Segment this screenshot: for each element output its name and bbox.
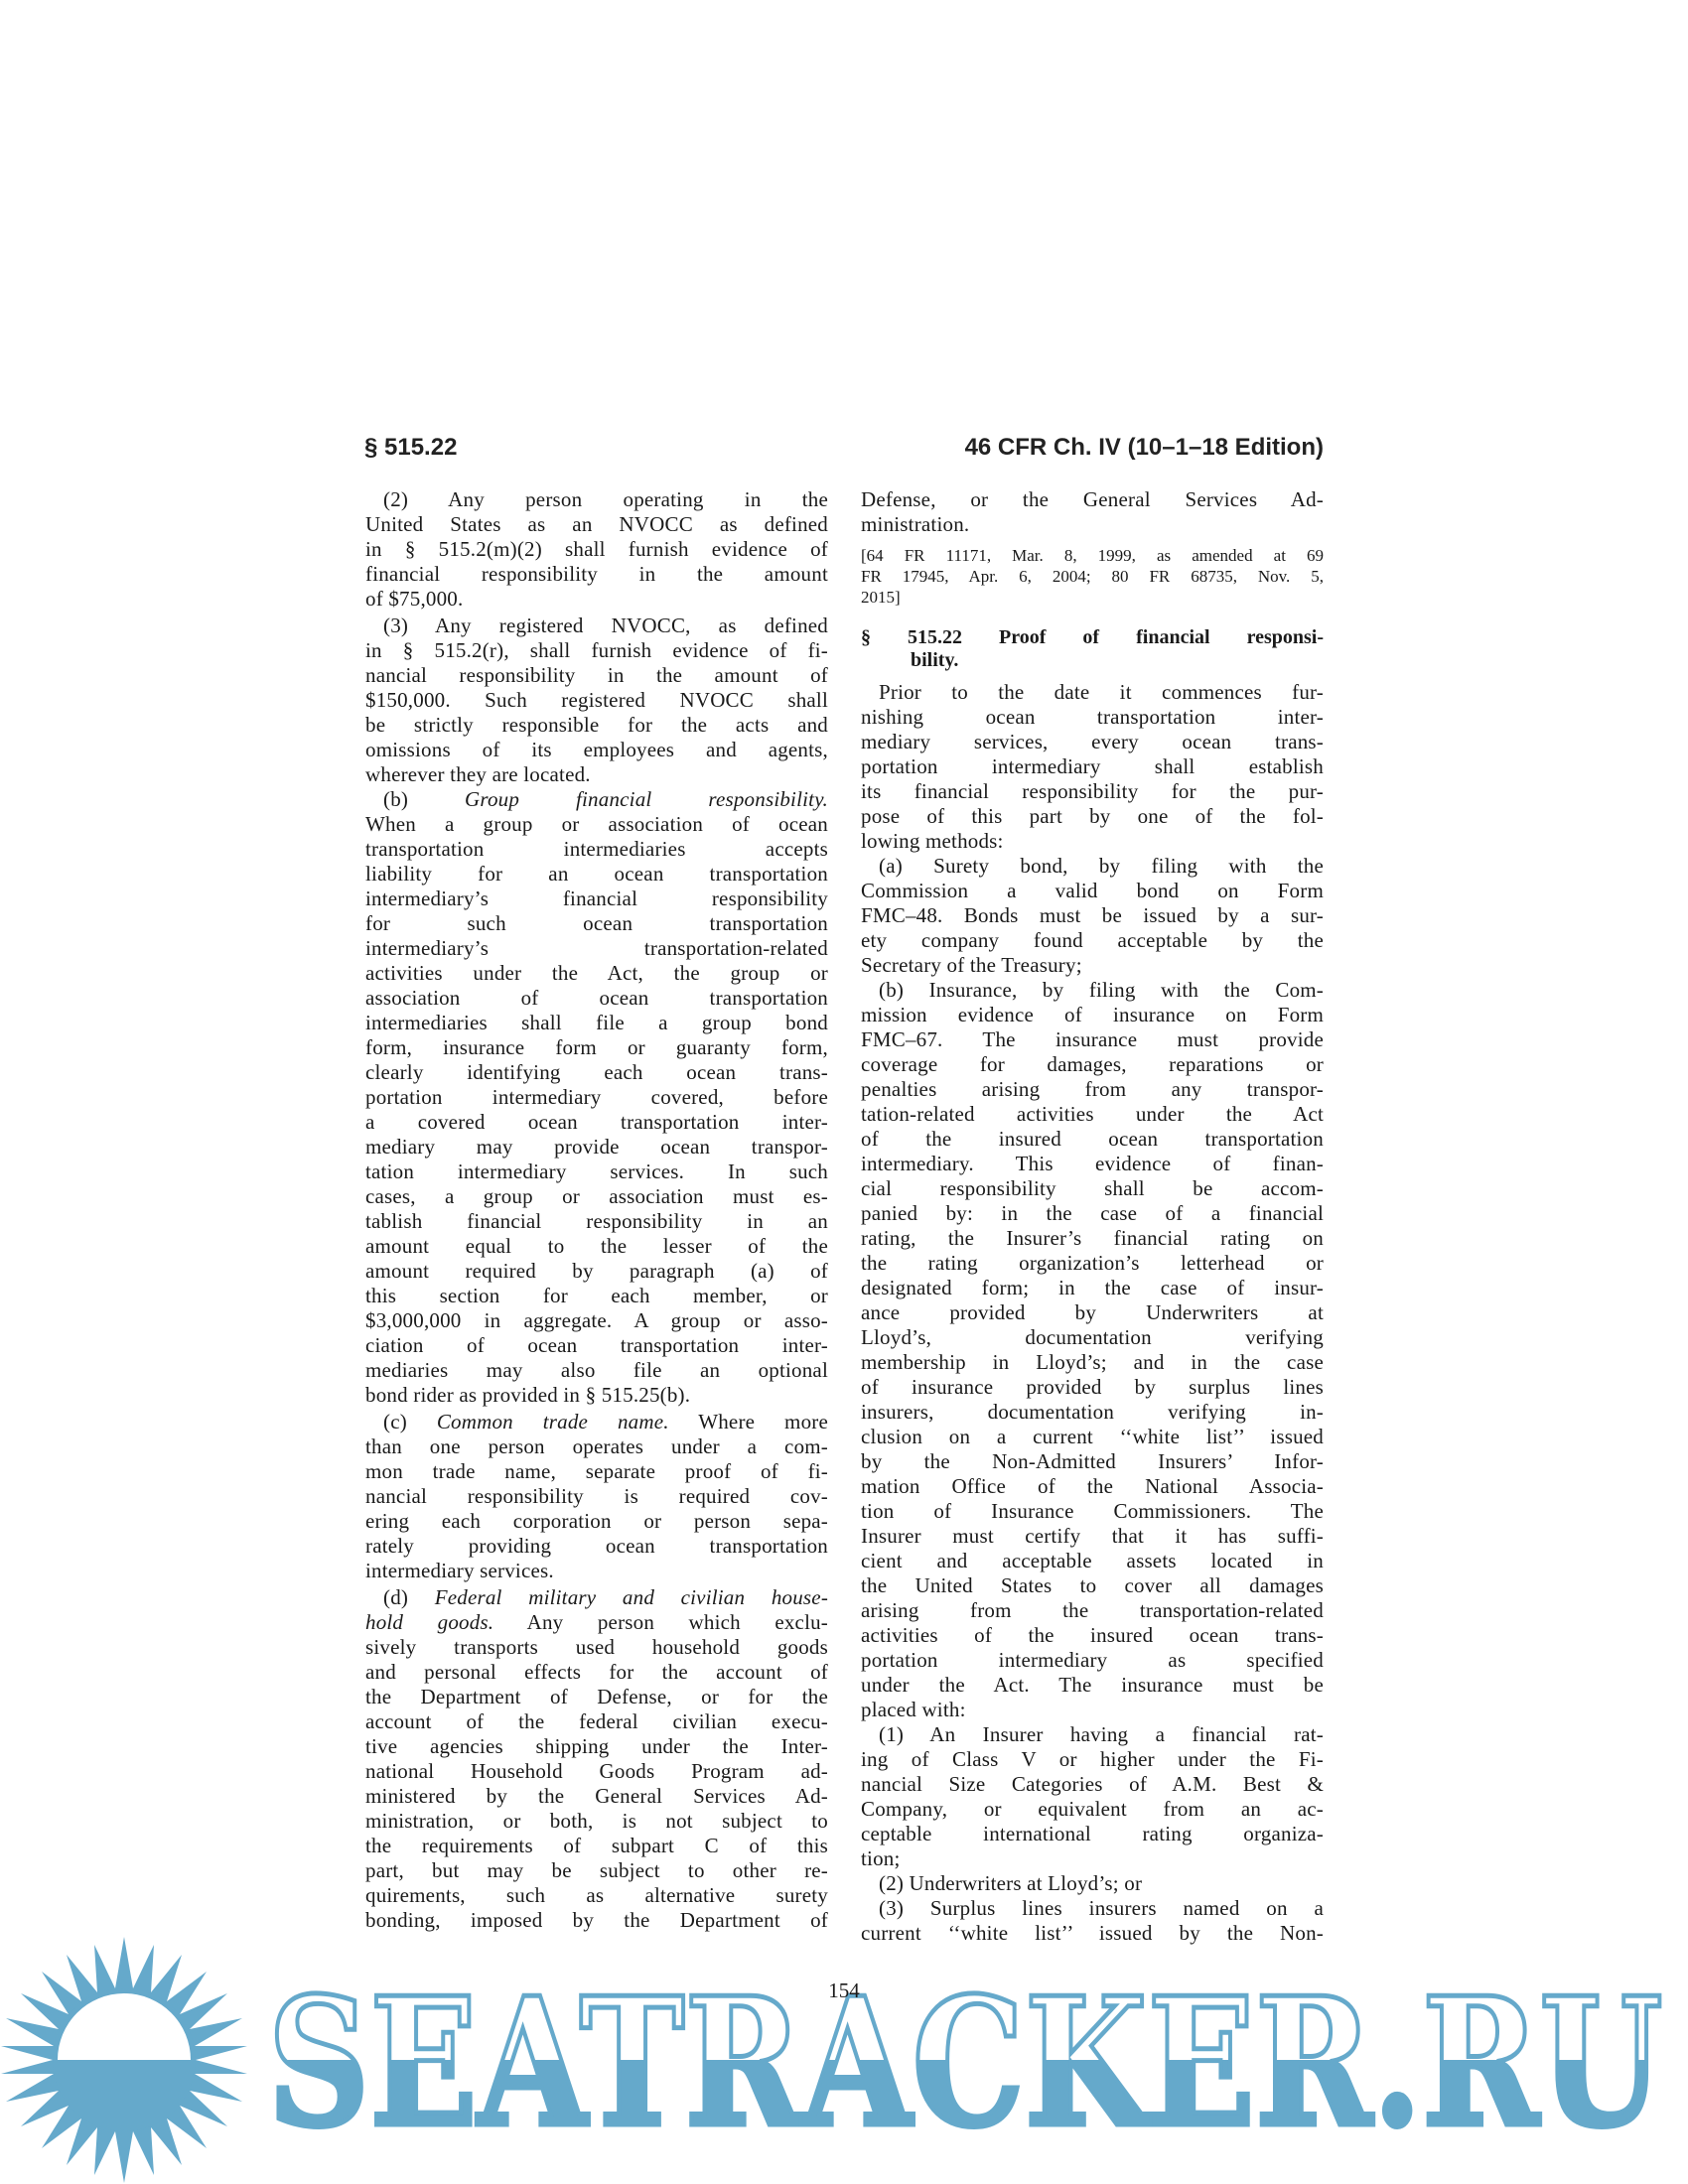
text-line: tation-related activities under the Act [861, 1102, 1324, 1127]
text-line: intermediaries shall file a group bond [365, 1011, 828, 1035]
text-line: rately providing ocean transportation [365, 1534, 828, 1559]
running-header-edition: 46 CFR Ch. IV (10–1–18 Edition) [965, 433, 1324, 463]
text-line: ceptable international rating organiza- [861, 1822, 1324, 1846]
text-line: liability for an ocean transportation [365, 862, 828, 887]
text-line: placed with: [861, 1698, 1324, 1722]
text-line: hold goods. Any person which exclu- [365, 1610, 828, 1635]
text-line: lowing methods: [861, 829, 1324, 854]
text-line: Lloyd’s, documentation verifying [861, 1325, 1324, 1350]
text-line: Company, or equivalent from an ac- [861, 1797, 1324, 1822]
text-line: insurers, documentation verifying in- [861, 1400, 1324, 1425]
text-line: account of the federal civilian execu- [365, 1709, 828, 1734]
text-line: national Household Goods Program ad- [365, 1759, 828, 1784]
text-line: (b) Insurance, by filing with the Com- [861, 978, 1324, 1003]
text-line: its financial responsibility for the pur… [861, 779, 1324, 804]
paragraph-2: (2) Any person operating in the United S… [365, 487, 828, 612]
text-line: for such ocean transportation [365, 911, 828, 936]
text-line: ering each corporation or person sepa- [365, 1509, 828, 1534]
text-line: tion; [861, 1846, 1324, 1871]
text-line: clusion on a current ‘‘white list’’ issu… [861, 1425, 1324, 1449]
text-line: (2) Any person operating in the [365, 487, 828, 512]
text-line: ciation of ocean transportation inter- [365, 1333, 828, 1358]
text-line: Insurer must certify that it has suffi- [861, 1524, 1324, 1549]
text-line: tablish financial responsibility in an [365, 1209, 828, 1234]
text-line: mation Office of the National Associa- [861, 1474, 1324, 1499]
text-line: clearly identifying each ocean trans- [365, 1060, 828, 1085]
text-line: cases, a group or association must es- [365, 1184, 828, 1209]
text-line: of $75,000. [365, 587, 828, 612]
paragraph-b-group-financial-responsibility: (b) Group financial responsibility. When… [365, 787, 828, 1408]
left-column: (2) Any person operating in the United S… [365, 487, 828, 1933]
text-line: mission evidence of insurance on Form [861, 1003, 1324, 1027]
text-line: (3) Surplus lines insurers named on a [861, 1896, 1324, 1921]
text-line: of insurance provided by surplus lines [861, 1375, 1324, 1400]
text-line: amount required by paragraph (a) of [365, 1259, 828, 1284]
text-line: tive agencies shipping under the Inter- [365, 1734, 828, 1759]
text-line: ing of Class V or higher under the Fi- [861, 1747, 1324, 1772]
text-line: coverage for damages, reparations or [861, 1052, 1324, 1077]
text-line: in § 515.2(r), shall furnish evidence of… [365, 638, 828, 663]
text-line: this section for each member, or [365, 1284, 828, 1308]
text-line: United States as an NVOCC as defined [365, 512, 828, 537]
text-line: When a group or association of ocean [365, 812, 828, 837]
page-number: 154 [814, 1979, 874, 2003]
paragraph-1-insurer-rating: (1) An Insurer having a financial rat- i… [861, 1722, 1324, 1871]
text-line: cial responsibility shall be accom- [861, 1176, 1324, 1201]
text-line: FMC–48. Bonds must be issued by a sur- [861, 903, 1324, 928]
citation-line: FR 17945, Apr. 6, 2004; 80 FR 68735, Nov… [861, 566, 1324, 587]
text-line: quirements, such as alternative surety [365, 1883, 828, 1908]
text-line: ministration. [861, 512, 1324, 537]
text-line: nancial responsibility in the amount of [365, 663, 828, 688]
running-header-section: § 515.22 [364, 433, 457, 463]
text-line: financial responsibility in the amount [365, 562, 828, 587]
text-line: $150,000. Such registered NVOCC shall [365, 688, 828, 713]
text-line: penalties arising from any transpor- [861, 1077, 1324, 1102]
text-line: mon trade name, separate proof of fi- [365, 1459, 828, 1484]
text-line: the requirements of subpart C of this [365, 1834, 828, 1858]
section-heading: § 515.22 Proof of financial responsi- bi… [861, 626, 1324, 672]
sun-logo-icon [0, 1936, 248, 2184]
paragraph-2-lloyds: (2) Underwriters at Lloyd’s; or [861, 1871, 1324, 1896]
text-line: intermediary’s transportation-related [365, 936, 828, 961]
text-line: Commission a valid bond on Form [861, 879, 1324, 903]
citation-line: [64 FR 11171, Mar. 8, 1999, as amended a… [861, 545, 1324, 566]
text-line: (b) Group financial responsibility. [365, 787, 828, 812]
paragraph-d-continued: Defense, or the General Services Ad- min… [861, 487, 1324, 537]
text-line: tion of Insurance Commissioners. The [861, 1499, 1324, 1524]
text-line: under the Act. The insurance must be [861, 1673, 1324, 1698]
text-line: the United States to cover all damages [861, 1573, 1324, 1598]
source-citation: [64 FR 11171, Mar. 8, 1999, as amended a… [861, 545, 1324, 608]
text-line: omissions of its employees and agents, [365, 738, 828, 762]
text-line: panied by: in the case of a financial [861, 1201, 1324, 1226]
paragraph-title: Common trade name. [437, 1410, 669, 1433]
paragraph-c-common-trade-name: (c) Common trade name. Where more than o… [365, 1410, 828, 1583]
text-line: mediaries may also file an optional [365, 1358, 828, 1383]
text-line: Prior to the date it commences fur- [861, 680, 1324, 705]
text-line: wherever they are located. [365, 762, 828, 787]
text-line: portation intermediary shall establish [861, 754, 1324, 779]
text-line: association of ocean transportation [365, 986, 828, 1011]
text-line: be strictly responsible for the acts and [365, 713, 828, 738]
text-line: current ‘‘white list’’ issued by the Non… [861, 1921, 1324, 1946]
text-line: sively transports used household goods [365, 1635, 828, 1660]
text-line: (c) Common trade name. Where more [365, 1410, 828, 1434]
text-line: activities under the Act, the group or [365, 961, 828, 986]
text-line: portation intermediary covered, before [365, 1085, 828, 1110]
text-line: the Department of Defense, or for the [365, 1685, 828, 1709]
paragraph-intro: Prior to the date it commences fur- nish… [861, 680, 1324, 854]
text-line: cient and acceptable assets located in [861, 1549, 1324, 1573]
text-line: (2) Underwriters at Lloyd’s; or [861, 1871, 1324, 1896]
citation-line: 2015] [861, 587, 1324, 608]
text-line: intermediary’s financial responsibility [365, 887, 828, 911]
text-line: nishing ocean transportation inter- [861, 705, 1324, 730]
text-line: part, but may be subject to other re- [365, 1858, 828, 1883]
text-line: nancial responsibility is required cov- [365, 1484, 828, 1509]
text-line: (a) Surety bond, by filing with the [861, 854, 1324, 879]
paragraph-3: (3) Any registered NVOCC, as defined in … [365, 614, 828, 787]
text-line: ance provided by Underwriters at [861, 1300, 1324, 1325]
text-line: (d) Federal military and civilian house- [365, 1585, 828, 1610]
text-line: of the insured ocean transportation [861, 1127, 1324, 1152]
text-line: portation intermediary as specified [861, 1648, 1324, 1673]
text-line: arising from the transportation-related [861, 1598, 1324, 1623]
text-line: tation intermediary services. In such [365, 1160, 828, 1184]
text-line: amount equal to the lesser of the [365, 1234, 828, 1259]
paragraph-title: Federal military and civilian house- [435, 1585, 828, 1609]
text-line: activities of the insured ocean trans- [861, 1623, 1324, 1648]
text-line: $3,000,000 in aggregate. A group or asso… [365, 1308, 828, 1333]
text-line: pose of this part by one of the fol- [861, 804, 1324, 829]
section-heading-line: bility. [861, 649, 1324, 672]
text-line: Defense, or the General Services Ad- [861, 487, 1324, 512]
text-line: ministration, or both, is not subject to [365, 1809, 828, 1834]
text-line: ety company found acceptable by the [861, 928, 1324, 953]
seatracker-watermark: SEATRACKER.RU SEATRACKER.RU [260, 1980, 1670, 2139]
text-line: form, insurance form or guaranty form, [365, 1035, 828, 1060]
text-line: designated form; in the case of insur- [861, 1276, 1324, 1300]
paragraph-d-federal-household-goods: (d) Federal military and civilian house-… [365, 1585, 828, 1933]
paragraph-3-surplus-lines: (3) Surplus lines insurers named on a cu… [861, 1896, 1324, 1946]
section-heading-line: § 515.22 Proof of financial responsi- [861, 626, 1324, 649]
text-line: FMC–67. The insurance must provide [861, 1027, 1324, 1052]
paragraph-a-surety-bond: (a) Surety bond, by filing with the Comm… [861, 854, 1324, 978]
text-line: nancial Size Categories of A.M. Best & [861, 1772, 1324, 1797]
text-line: (3) Any registered NVOCC, as defined [365, 614, 828, 638]
text-line: (1) An Insurer having a financial rat- [861, 1722, 1324, 1747]
text-line: bond rider as provided in § 515.25(b). [365, 1383, 828, 1408]
text-line: membership in Lloyd’s; and in the case [861, 1350, 1324, 1375]
text-line: ministered by the General Services Ad- [365, 1784, 828, 1809]
text-line: mediary services, every ocean trans- [861, 730, 1324, 754]
paragraph-b-insurance: (b) Insurance, by filing with the Com- m… [861, 978, 1324, 1722]
paragraph-title: Group financial responsibility. [465, 787, 828, 811]
text-line: transportation intermediaries accepts [365, 837, 828, 862]
text-line: intermediary services. [365, 1559, 828, 1583]
text-line: a covered ocean transportation inter- [365, 1110, 828, 1135]
text-line: the rating organization’s letterhead or [861, 1251, 1324, 1276]
text-line: rating, the Insurer’s financial rating o… [861, 1226, 1324, 1251]
text-line: intermediary. This evidence of finan- [861, 1152, 1324, 1176]
right-column: Defense, or the General Services Ad- min… [861, 487, 1324, 1946]
text-line: Secretary of the Treasury; [861, 953, 1324, 978]
text-line: and personal effects for the account of [365, 1660, 828, 1685]
text-line: than one person operates under a com- [365, 1434, 828, 1459]
text-line: in § 515.2(m)(2) shall furnish evidence … [365, 537, 828, 562]
text-line: mediary may provide ocean transpor- [365, 1135, 828, 1160]
text-line: bonding, imposed by the Department of [365, 1908, 828, 1933]
text-line: by the Non-Admitted Insurers’ Infor- [861, 1449, 1324, 1474]
